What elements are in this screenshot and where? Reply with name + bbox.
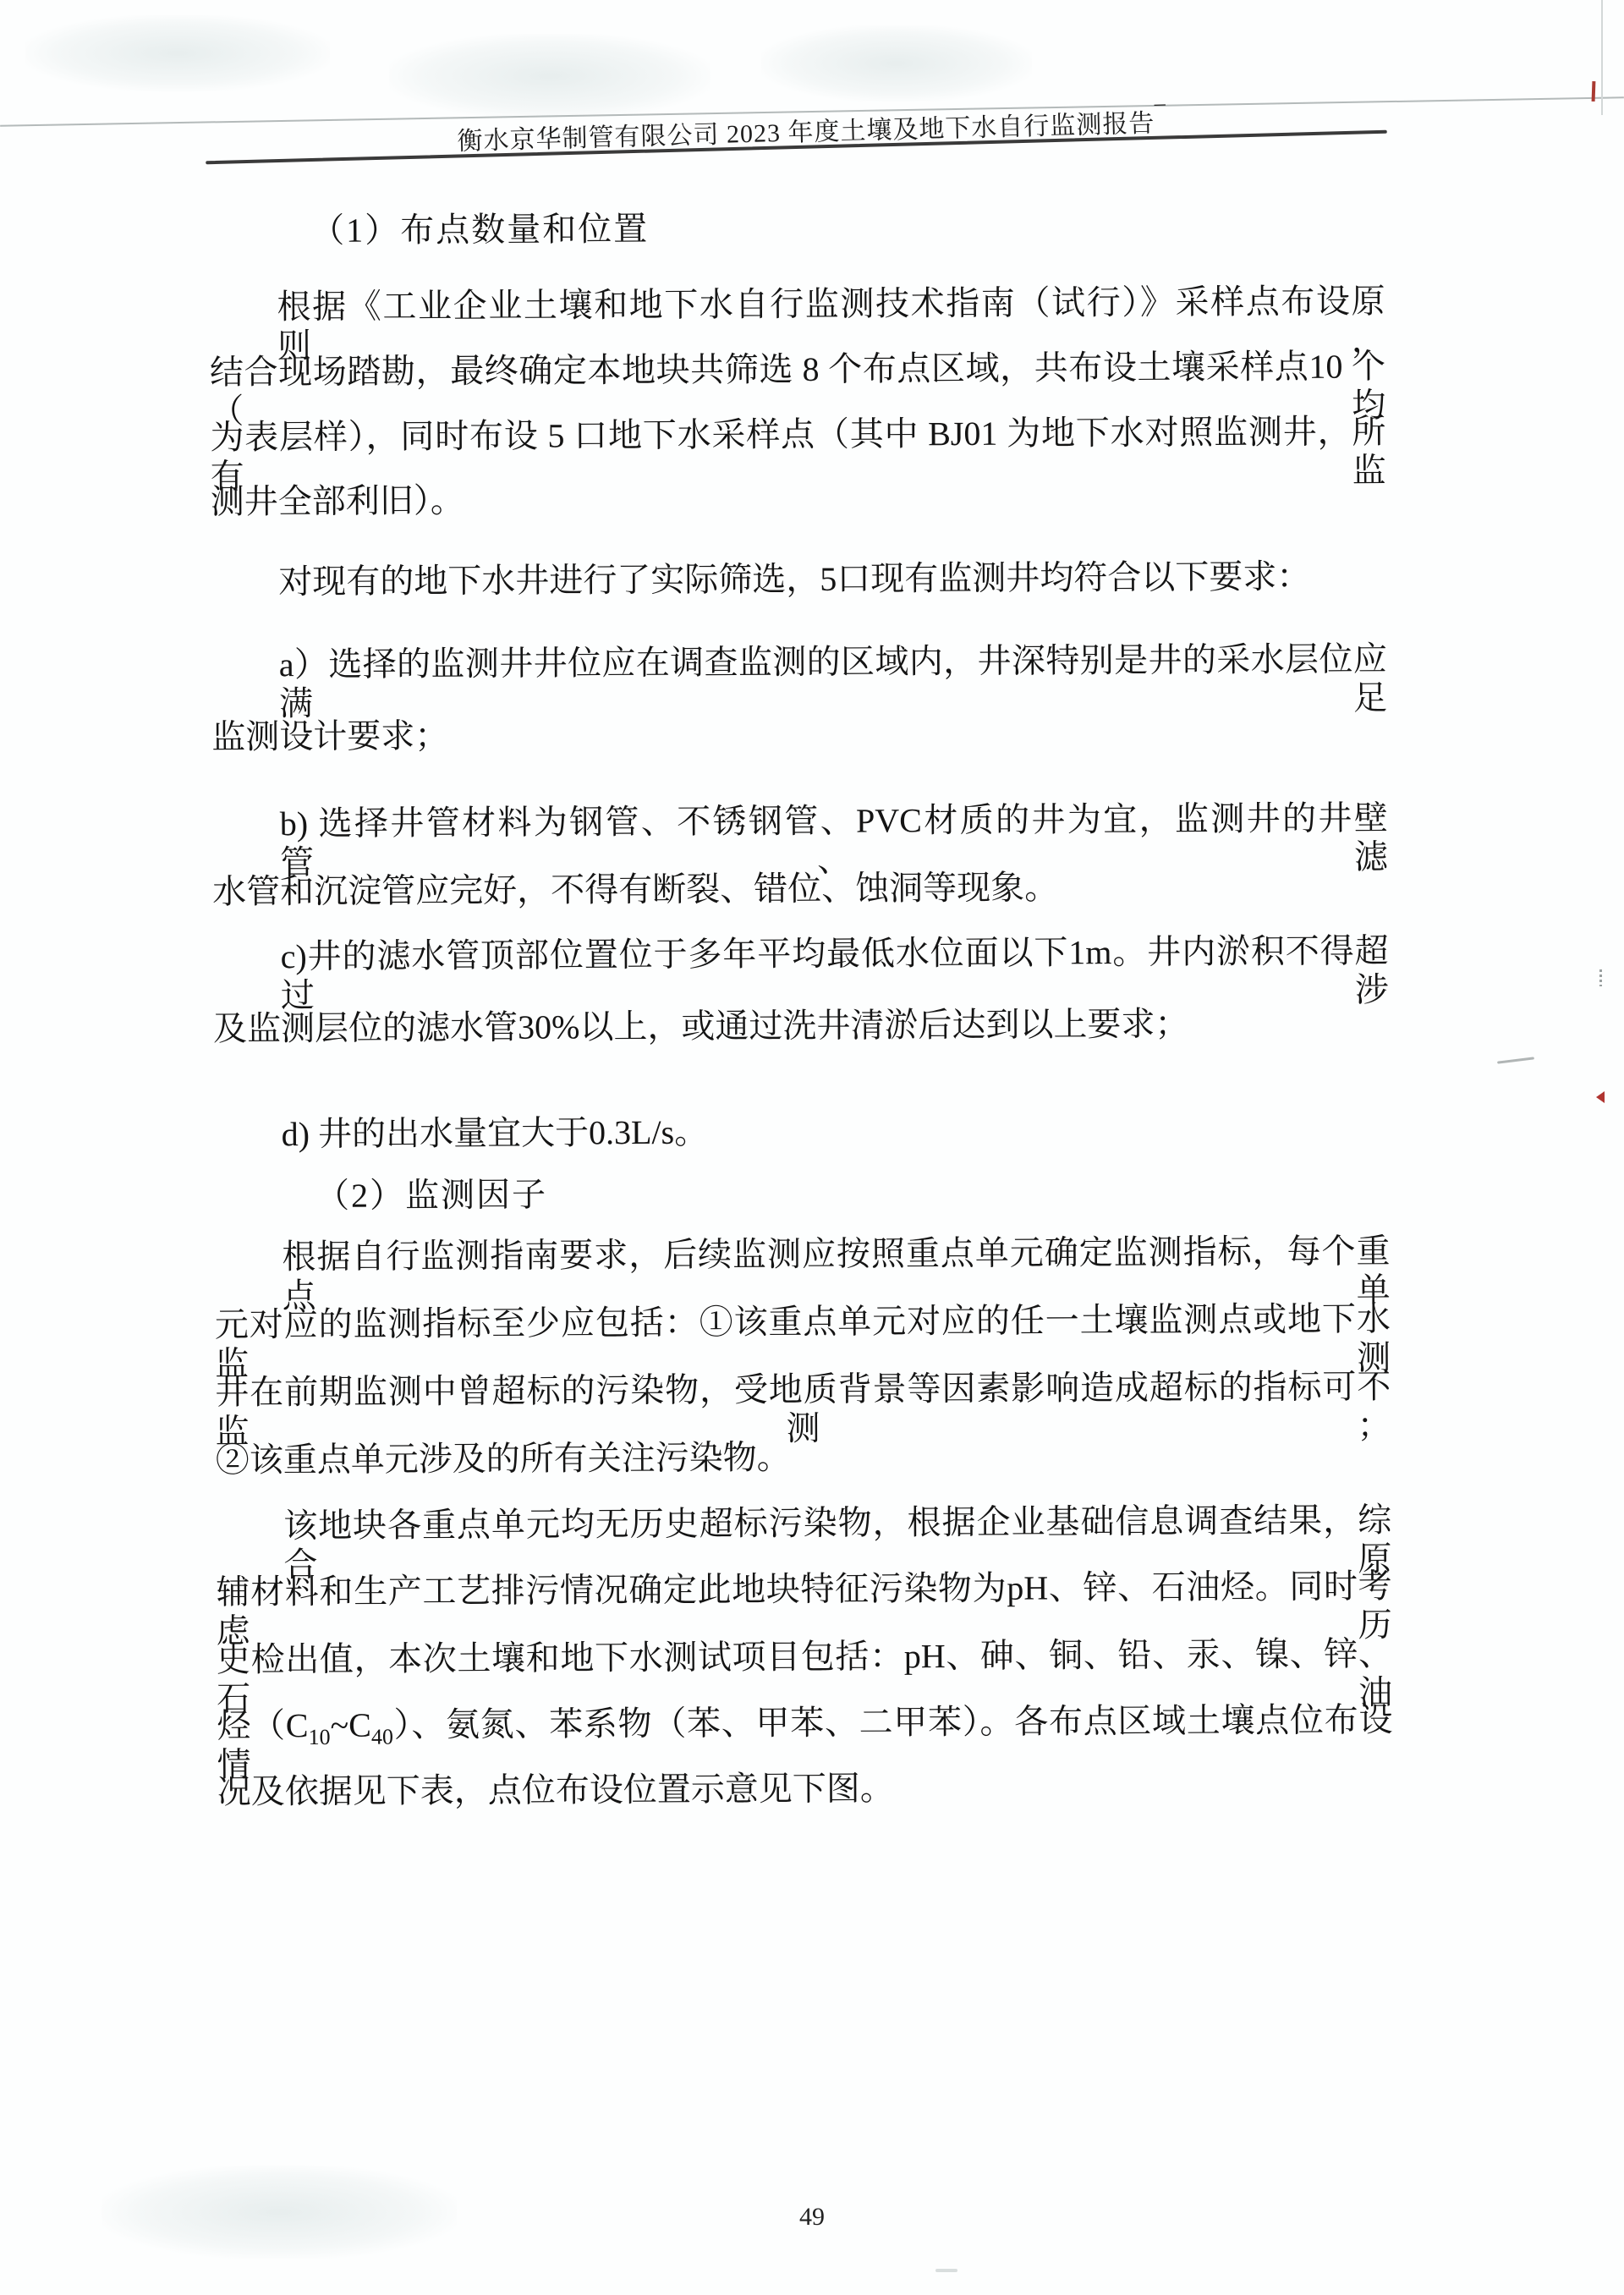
body-line: b) 选择井管材料为钢管、不锈钢管、PVC材质的井为宜，监测井的井壁管、滤: [280, 799, 1388, 843]
scanned-report-page: 衡水京华制管有限公司 2023 年度土壤及地下水自行监测报告¯ （1）布点数量和…: [0, 0, 1624, 2295]
body-line: d) 井的出水量宜大于0.3L/s。: [282, 1109, 1390, 1154]
report-body: （1）布点数量和位置 根据《工业企业土壤和地下水自行监测技术指南（试行）》采样点…: [208, 0, 1395, 2034]
body-line: c)井的滤水管顶部位置位于多年平均最低水位面以下1m。井内淤积不得超过涉: [281, 931, 1389, 976]
scan-gray-dash: [1497, 1057, 1534, 1063]
body-line: 测井全部利旧）。: [211, 476, 1386, 521]
page-number: 49: [0, 2203, 1624, 2232]
body-line: 根据《工业企业土壤和地下水自行监测技术指南（试行）》采样点布设原则，: [277, 282, 1385, 327]
body-line: 及监测层位的滤水管30%以上，或通过洗井清淤后达到以上要求；: [213, 1003, 1389, 1048]
body-line: 元对应的监测指标至少应包括：①该重点单元对应的任一土壤监测点或地下水监测: [215, 1299, 1391, 1344]
scan-red-mark-top: [1592, 81, 1596, 102]
body-line: a）选择的监测井井位应在调查监测的区域内，井深特别是井的采水层位应满足: [279, 640, 1387, 684]
body-line: 根据自行监测指南要求，后续监测应按照重点单元确定监测指标，每个重点单: [282, 1232, 1390, 1277]
body-line: 水管和沉淀管应完好，不得有断裂、错位、蚀洞等现象。: [212, 866, 1388, 911]
body-line-fragment: 烃（C: [217, 1706, 308, 1745]
body-line: ②该重点单元涉及的所有关注污染物。: [216, 1435, 1391, 1480]
body-line: 对现有的地下水井进行了实际筛选，5口现有监测井均符合以下要求：: [278, 557, 1386, 601]
body-line: 烃（C10~C40）、氨氮、苯系物（苯、甲苯、二甲苯）。各布点区域土壤点位布设情: [217, 1700, 1392, 1745]
body-line: 井在前期监测中曾超标的污染物，受地质背景等因素影响造成超标的指标可不监测；: [215, 1367, 1391, 1412]
body-line: 监测设计要求；: [211, 711, 1387, 756]
body-line: 况及依据见下表，点位布设位置示意见下图。: [217, 1766, 1393, 1811]
body-line: 辅材料和生产工艺排污情况确定此地块特征污染物为pH、锌、石油烃。同时考虑历: [216, 1567, 1391, 1611]
body-line: 该地块各重点单元均无历史超标污染物，根据企业基础信息调查结果，综合原: [283, 1501, 1391, 1546]
subscript-c10: 10: [309, 1725, 331, 1749]
body-line: 结合现场踏勘，最终确定本地块共筛选 8 个布点区域，共布设土壤采样点10 个（均: [210, 347, 1385, 392]
scan-gray-dash-bottom: [935, 2269, 957, 2272]
subscript-c40: 40: [371, 1725, 393, 1749]
scan-dotted-mark: [1599, 969, 1602, 986]
section-heading-1: （1）布点数量和位置: [310, 206, 1385, 250]
body-line: 为表层样），同时布设 5 口地下水采样点（其中 BJ01 为地下水对照监测井，所…: [210, 412, 1385, 457]
body-line-fragment: ~C: [330, 1706, 371, 1744]
section-heading-2: （2）监测因子: [315, 1171, 1390, 1216]
scan-red-mark-mid: [1596, 1091, 1605, 1103]
body-line: 史检出值，本次土壤和地下水测试项目包括：pH、砷、铜、铅、汞、镍、锌、石油: [217, 1634, 1392, 1679]
scan-edge-line: [1601, 0, 1603, 115]
